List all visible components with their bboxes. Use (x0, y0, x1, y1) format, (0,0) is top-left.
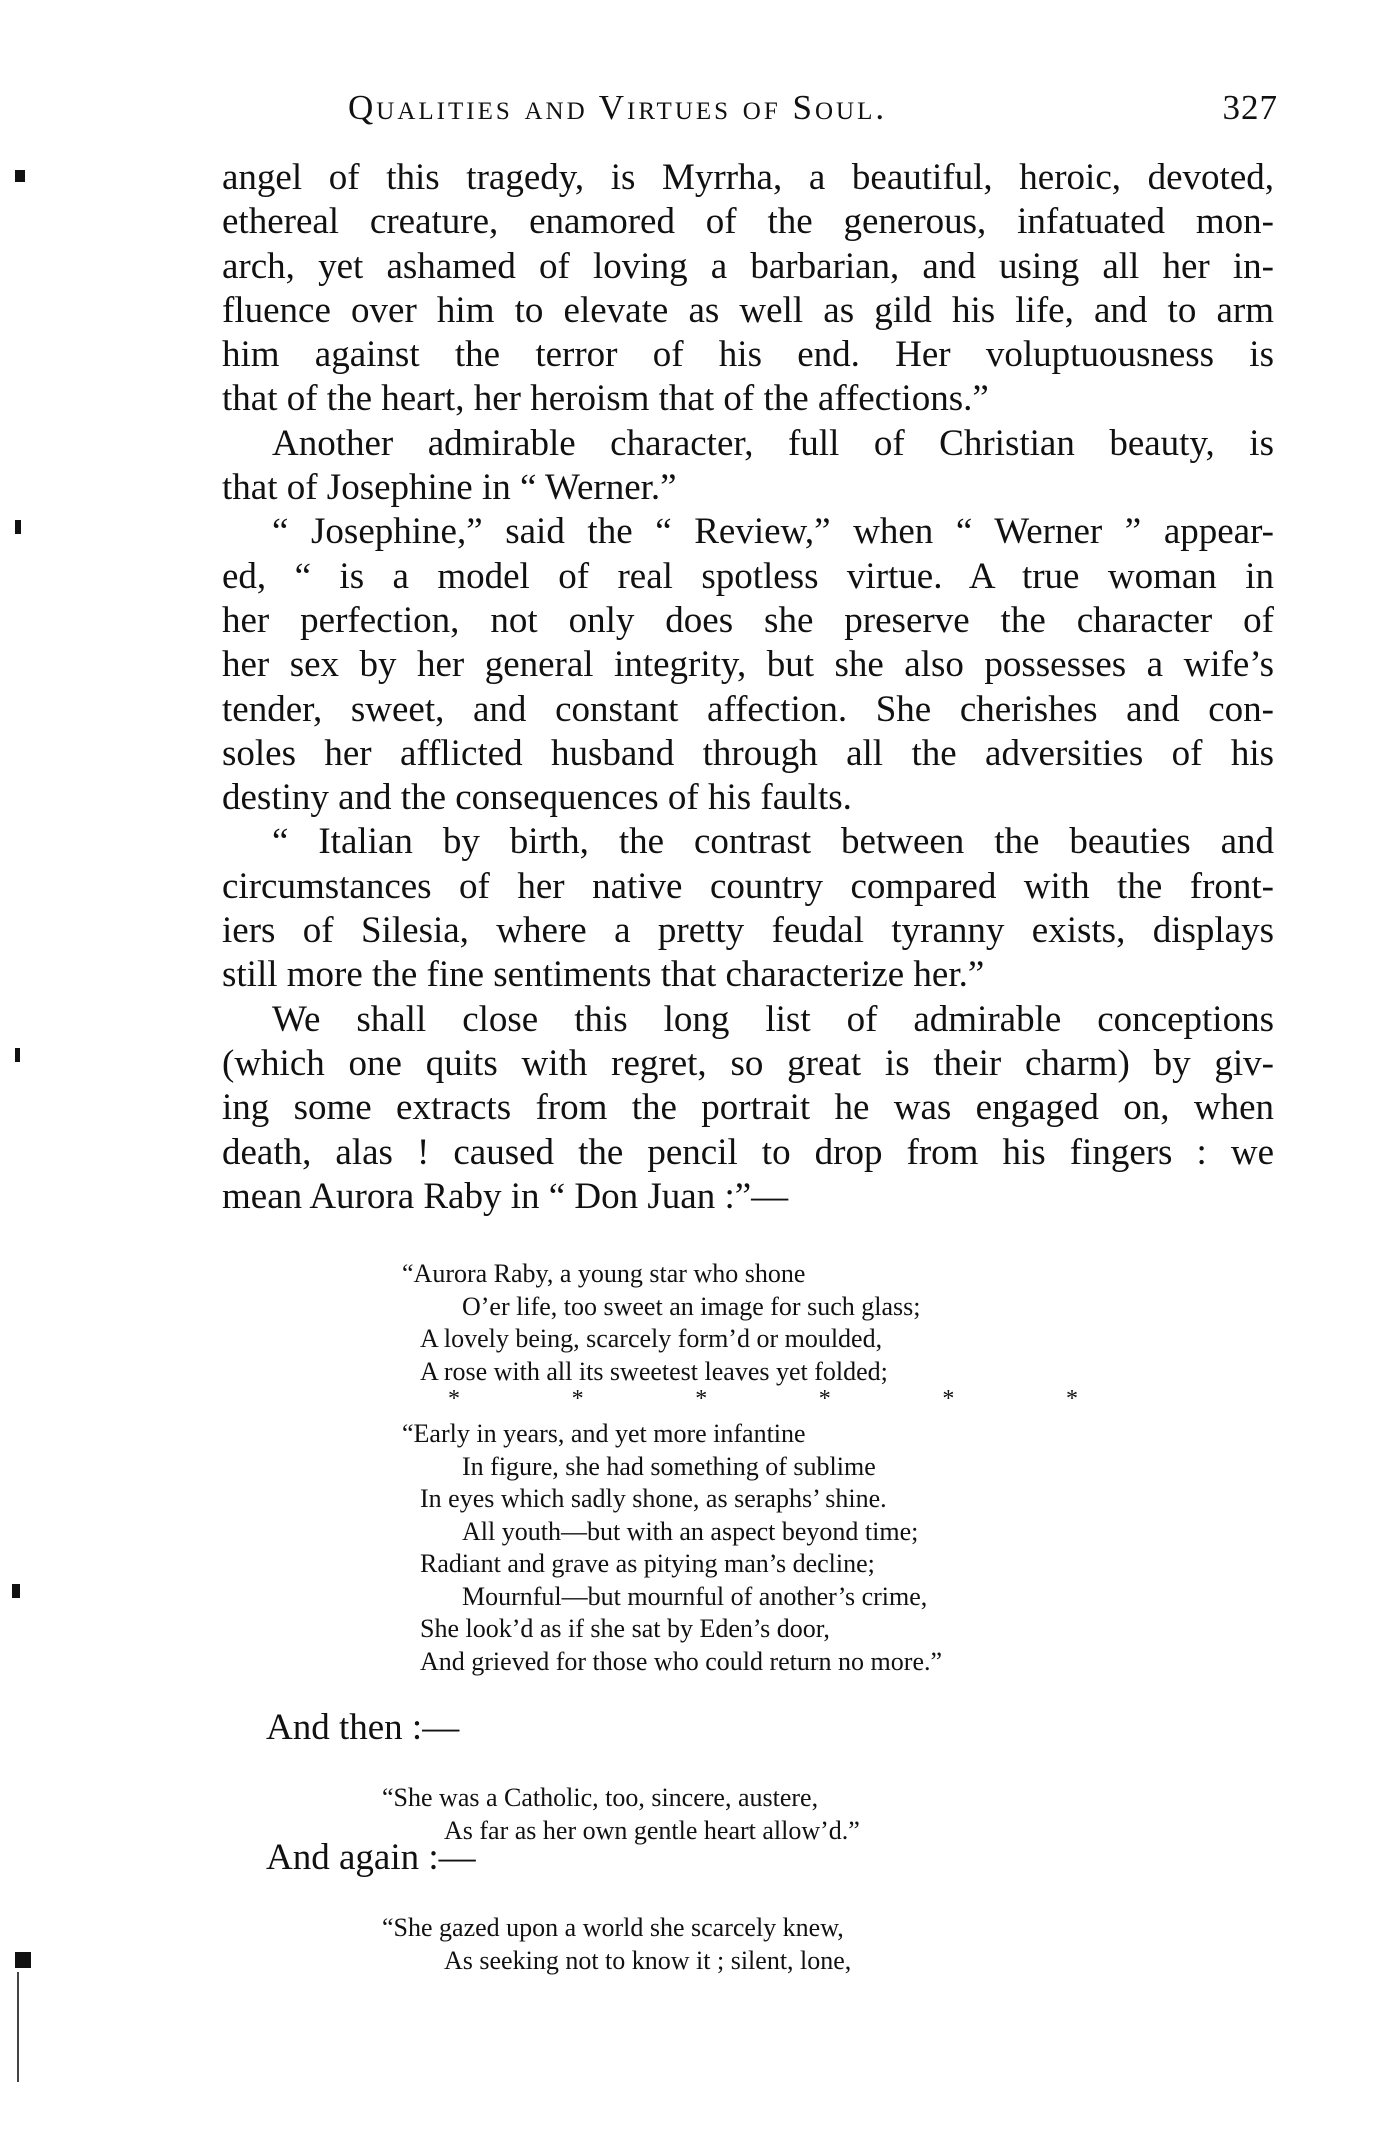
scan-artifact (12, 1584, 20, 1598)
text-line: ed, “ is a model of real spotless virtue… (222, 555, 1274, 599)
paragraph-italian: “ Italian by birth, the contrast between… (222, 820, 1274, 997)
text-line: “ Italian by birth, the contrast between… (222, 820, 1274, 864)
text-line: “ Josephine,” said the “ Review,” when “… (222, 510, 1274, 554)
text-line: that of the heart, her heroism that of t… (222, 377, 1274, 421)
running-title: Qualities and Virtues of Soul. (348, 88, 887, 127)
text-line: that of Josephine in “ Werner.” (222, 466, 1274, 510)
scan-artifact (15, 1048, 20, 1062)
text-line: angel of this tragedy, is Myrrha, a beau… (222, 156, 1274, 200)
verse-line: And grieved for those who could return n… (420, 1646, 1078, 1679)
text-line: ethereal creature, enamored of the gener… (222, 200, 1274, 244)
paragraph-myrrha: angel of this tragedy, is Myrrha, a beau… (222, 156, 1274, 422)
text-line: ing some extracts from the portrait he w… (222, 1086, 1274, 1130)
lead-and-again: And again :— (266, 1836, 476, 1879)
text-line: him against the terror of his end. Her v… (222, 333, 1274, 377)
verse-line: O’er life, too sweet an image for such g… (420, 1291, 1078, 1324)
scan-artifact (17, 1972, 19, 2082)
text-line: tender, sweet, and constant affection. S… (222, 688, 1274, 732)
verse-line: Radiant and grave as pitying man’s decli… (420, 1548, 1078, 1581)
verse-line: A rose with all its sweetest leaves yet … (420, 1356, 1078, 1389)
star-glyph: * (1066, 1388, 1078, 1410)
paragraph-closing: We shall close this long list of admirab… (222, 998, 1274, 1219)
running-header: Qualities and Virtues of Soul. 327 (348, 88, 1278, 128)
text-line: arch, yet ashamed of loving a barbarian,… (222, 245, 1274, 289)
text-line: destiny and the consequences of his faul… (222, 776, 1274, 820)
text-line: fluence over him to elevate as well as g… (222, 289, 1274, 333)
text-line: her sex by her general integrity, but sh… (222, 643, 1274, 687)
paragraph-review-quote: “ Josephine,” said the “ Review,” when “… (222, 510, 1274, 820)
verse-line: As seeking not to know it ; silent, lone… (400, 1945, 851, 1978)
verse-line: All youth—but with an aspect beyond time… (420, 1516, 1078, 1549)
verse-line: “She was a Catholic, too, sincere, auste… (382, 1782, 860, 1815)
scan-artifact (15, 520, 21, 534)
verse-line: “Early in years, and yet more infantine (402, 1418, 1078, 1451)
text-line: (which one quits with regret, so great i… (222, 1042, 1274, 1086)
text-line: soles her afflicted husband through all … (222, 732, 1274, 776)
body-text: angel of this tragedy, is Myrrha, a beau… (222, 156, 1274, 1219)
verse-line: In figure, she had something of sublime (420, 1451, 1078, 1484)
scan-artifact (15, 1952, 31, 1968)
text-line: Another admirable character, full of Chr… (222, 422, 1274, 466)
text-line: death, alas ! caused the pencil to drop … (222, 1131, 1274, 1175)
page-number: 327 (1223, 88, 1279, 128)
star-glyph: * (942, 1388, 954, 1410)
text-line: We shall close this long list of admirab… (222, 998, 1274, 1042)
verse-line: In eyes which sadly shone, as seraphs’ s… (420, 1483, 1078, 1516)
star-glyph: * (448, 1388, 460, 1410)
verse-line: She look’d as if she sat by Eden’s door, (420, 1613, 1078, 1646)
verse-aurora-raby: “Aurora Raby, a young star who shone O’e… (420, 1258, 1078, 1678)
text-line: circumstances of her native country comp… (222, 865, 1274, 909)
text-line: still more the fine sentiments that char… (222, 953, 1274, 997)
verse-line: “Aurora Raby, a young star who shone (402, 1258, 1078, 1291)
verse-line: A lovely being, scarcely form’d or mould… (420, 1323, 1078, 1356)
verse-gazed: “She gazed upon a world she scarcely kne… (400, 1912, 851, 1977)
scan-artifact (15, 170, 25, 182)
ellipsis-stars: * * * * * * (420, 1388, 1078, 1410)
text-line: mean Aurora Raby in “ Don Juan :”— (222, 1175, 1274, 1219)
star-glyph: * (572, 1388, 584, 1410)
text-line: her perfection, not only does she preser… (222, 599, 1274, 643)
lead-and-then: And then :— (266, 1706, 459, 1749)
verse-line: “She gazed upon a world she scarcely kne… (382, 1912, 851, 1945)
text-line: iers of Silesia, where a pretty feudal t… (222, 909, 1274, 953)
star-glyph: * (695, 1388, 707, 1410)
paragraph-josephine-intro: Another admirable character, full of Chr… (222, 422, 1274, 511)
star-glyph: * (819, 1388, 831, 1410)
verse-line: Mournful—but mournful of another’s crime… (420, 1581, 1078, 1614)
